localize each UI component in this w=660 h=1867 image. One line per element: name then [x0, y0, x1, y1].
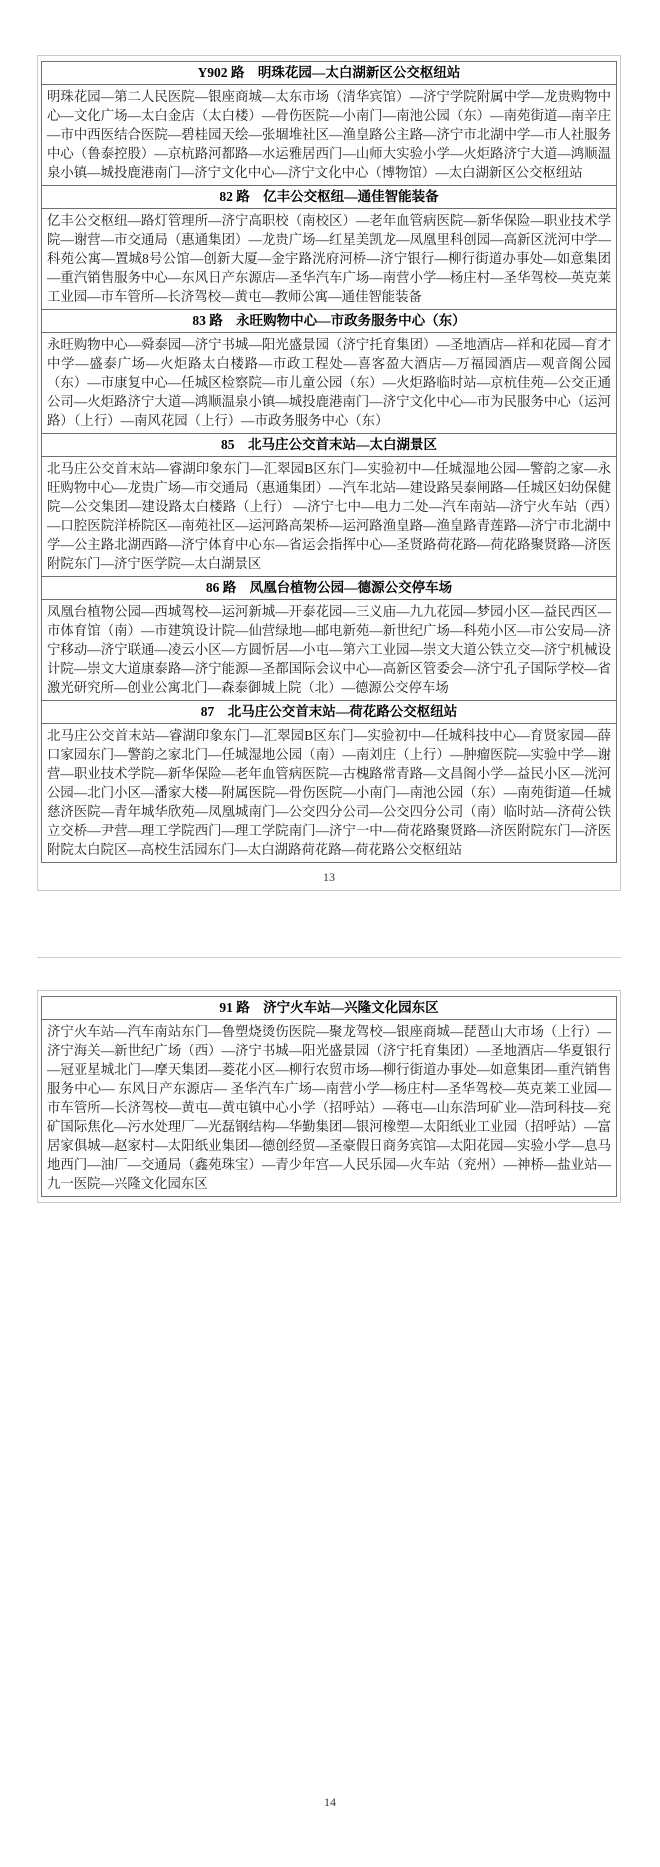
- page-number-13: 13: [41, 870, 617, 885]
- route-stops-y902: 明珠花园—第二人民医院—银座商城—太东市场（清华宾馆）—济宁学院附属中学—龙贵购…: [42, 85, 616, 186]
- route-stops-87: 北马庄公交首末站—睿湖印象东门—汇翠园B区东门—实验初中—任城科技中心—育贤家园…: [42, 724, 616, 862]
- route-header-87: 87 北马庄公交首末站—荷花路公交枢纽站: [42, 701, 616, 724]
- route-header-86: 86 路 凤凰台植物公园—德源公交停车场: [42, 577, 616, 600]
- document-canvas: Y902 路 明珠花园—太白湖新区公交枢纽站 明珠花园—第二人民医院—银座商城—…: [0, 0, 660, 1867]
- route-table: Y902 路 明珠花园—太白湖新区公交枢纽站 明珠花园—第二人民医院—银座商城—…: [41, 61, 617, 863]
- route-stops-83: 永旺购物中心—舜泰园—济宁书城—阳光盛景园（济宁托育集团）—圣地酒店—祥和花园—…: [42, 333, 616, 434]
- route-header-85: 85 北马庄公交首末站—太白湖景区: [42, 434, 616, 457]
- route-header-83: 83 路 永旺购物中心—市政务服务中心（东）: [42, 310, 616, 333]
- page-separator-line: [37, 957, 621, 958]
- route-header-y902: Y902 路 明珠花园—太白湖新区公交枢纽站: [42, 62, 616, 85]
- route-stops-86: 凤凰台植物公园—西城驾校—运河新城—开泰花园—三义庙—九九花园—梦园小区—益民西…: [42, 600, 616, 701]
- bus-routes-table-page-13: Y902 路 明珠花园—太白湖新区公交枢纽站 明珠花园—第二人民医院—银座商城—…: [37, 55, 621, 891]
- route-table: 91 路 济宁火车站—兴隆文化园东区 济宁火车站—汽车南站东门—鲁塑烧烫伤医院—…: [41, 996, 617, 1197]
- page-number-14: 14: [0, 1795, 660, 1810]
- route-stops-85: 北马庄公交首末站—睿湖印象东门—汇翠园B区东门—实验初中—任城湿地公园—警韵之家…: [42, 457, 616, 577]
- route-header-82: 82 路 亿丰公交枢纽—通佳智能装备: [42, 186, 616, 209]
- bus-routes-table-page-14: 91 路 济宁火车站—兴隆文化园东区 济宁火车站—汽车南站东门—鲁塑烧烫伤医院—…: [37, 990, 621, 1203]
- route-header-91: 91 路 济宁火车站—兴隆文化园东区: [42, 997, 616, 1020]
- route-stops-82: 亿丰公交枢纽—路灯管理所—济宁高职校（南校区）—老年血管病医院—新华保险—职业技…: [42, 209, 616, 310]
- route-stops-91: 济宁火车站—汽车南站东门—鲁塑烧烫伤医院—聚龙驾校—银座商城—琵琶山大市场（上行…: [42, 1020, 616, 1196]
